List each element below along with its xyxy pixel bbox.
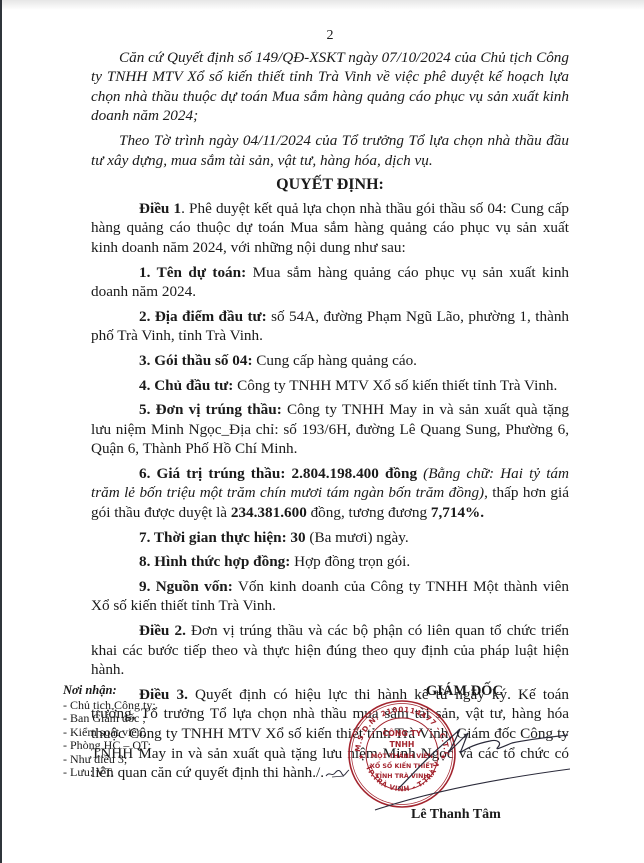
- preamble-proposal-reference: Theo Tờ trình ngày 04/11/2024 của Tổ trư…: [91, 131, 569, 170]
- item-label: 4. Chủ đầu tư:: [139, 377, 233, 394]
- svg-text:MỘT THÀNH VIÊN: MỘT THÀNH VIÊN: [371, 751, 433, 760]
- svg-text:TNHH: TNHH: [390, 740, 415, 749]
- recipients-title: Nơi nhận:: [63, 684, 156, 698]
- viewer-top-shadow: [2, 0, 644, 10]
- recipient-item: - Như điều 3;: [63, 753, 156, 767]
- article-1-item-9: 9. Nguồn vốn: Vốn kinh doanh của Công ty…: [91, 577, 569, 616]
- savings-amount: 234.381.600: [231, 504, 307, 521]
- item-label: 3. Gói thầu số 04:: [139, 352, 253, 369]
- svg-text:XỔ SỐ KIẾN THIẾT: XỔ SỐ KIẾN THIẾT: [370, 760, 435, 770]
- article-1-item-4: 4. Chủ đầu tư: Công ty TNHH MTV Xổ số ki…: [91, 376, 569, 396]
- svg-text:★: ★: [440, 753, 446, 761]
- item-label: 1. Tên dự toán:: [139, 264, 246, 281]
- document-page: 2 Căn cứ Quyết định số 149/QĐ-XSKT ngày …: [91, 26, 569, 788]
- recipient-item: - Chủ tịch Công ty;: [63, 699, 156, 713]
- item-text: Hợp đồng trọn gói.: [290, 553, 410, 570]
- recipients-list: Nơi nhận: - Chủ tịch Công ty; - Ban Giám…: [63, 684, 156, 780]
- viewer-left-edge: [0, 0, 2, 863]
- article-1-item-7: 7. Thời gian thực hiện: 30 (Ba mươi) ngà…: [91, 528, 569, 548]
- item-label: 2. Địa điểm đầu tư:: [139, 308, 267, 325]
- article-2: Điều 2. Đơn vị trúng thầu và các bộ phận…: [91, 621, 569, 680]
- article-1-item-5: 5. Đơn vị trúng thầu: Công ty TNHH May i…: [91, 400, 569, 459]
- article-1-item-8: 8. Hình thức hợp đồng: Hợp đồng trọn gói…: [91, 552, 569, 572]
- signer-name: Lê Thanh Tâm: [411, 807, 501, 823]
- article-1: Điều 1. Phê duyệt kết quả lựa chọn nhà t…: [91, 199, 569, 258]
- item-text: đồng, tương đương: [307, 504, 431, 521]
- item-label: 7. Thời gian thực hiện: 30: [139, 529, 306, 546]
- decision-heading: QUYẾT ĐỊNH:: [91, 175, 569, 195]
- article-1-label: Điều 1: [139, 200, 181, 217]
- item-label: 5. Đơn vị trúng thầu:: [139, 401, 282, 418]
- recipient-item: - Kiểm soát viên;: [63, 726, 156, 740]
- signer-title: GIÁM ĐỐC: [426, 683, 503, 700]
- page-number: 2: [91, 26, 569, 46]
- recipient-item: - Lưu: VT.: [63, 766, 156, 780]
- signature-block: GIÁM ĐỐC M.S.D.N: 2100114477 - C.T.T.N.H…: [330, 677, 570, 847]
- svg-text:CÔNG TY: CÔNG TY: [383, 729, 422, 738]
- company-seal-icon: M.S.D.N: 2100114477 - C.T.T.N.H TP.TRÀ V…: [347, 699, 457, 809]
- winning-bid-value: 6. Giá trị trúng thầu: 2.804.198.400 đồn…: [139, 465, 417, 482]
- item-text: (Ba mươi) ngày.: [306, 529, 409, 546]
- item-label: 8. Hình thức hợp đồng:: [139, 553, 290, 570]
- item-text: Công ty TNHH MTV Xổ số kiến thiết tỉnh T…: [233, 377, 557, 394]
- article-1-item-2: 2. Địa điểm đầu tư: số 54A, đường Phạm N…: [91, 307, 569, 346]
- svg-text:★: ★: [358, 753, 364, 761]
- item-label: 9. Nguồn vốn:: [139, 578, 233, 595]
- article-1-item-1: 1. Tên dự toán: Mua sắm hàng quảng cáo p…: [91, 263, 569, 302]
- savings-percent: 7,714%.: [431, 504, 484, 521]
- preamble-decision-reference: Căn cứ Quyết định số 149/QĐ-XSKT ngày 07…: [91, 48, 569, 126]
- item-text: Cung cấp hàng quảng cáo.: [253, 352, 417, 369]
- article-2-label: Điều 2.: [139, 622, 186, 639]
- article-1-item-6: 6. Giá trị trúng thầu: 2.804.198.400 đồn…: [91, 464, 569, 523]
- svg-text:TỈNH TRÀ VINH: TỈNH TRÀ VINH: [375, 770, 428, 780]
- recipient-item: - Phòng HC – QT;: [63, 739, 156, 753]
- recipient-item: - Ban Giám đốc ;: [63, 712, 156, 726]
- article-1-item-3: 3. Gói thầu số 04: Cung cấp hàng quảng c…: [91, 351, 569, 371]
